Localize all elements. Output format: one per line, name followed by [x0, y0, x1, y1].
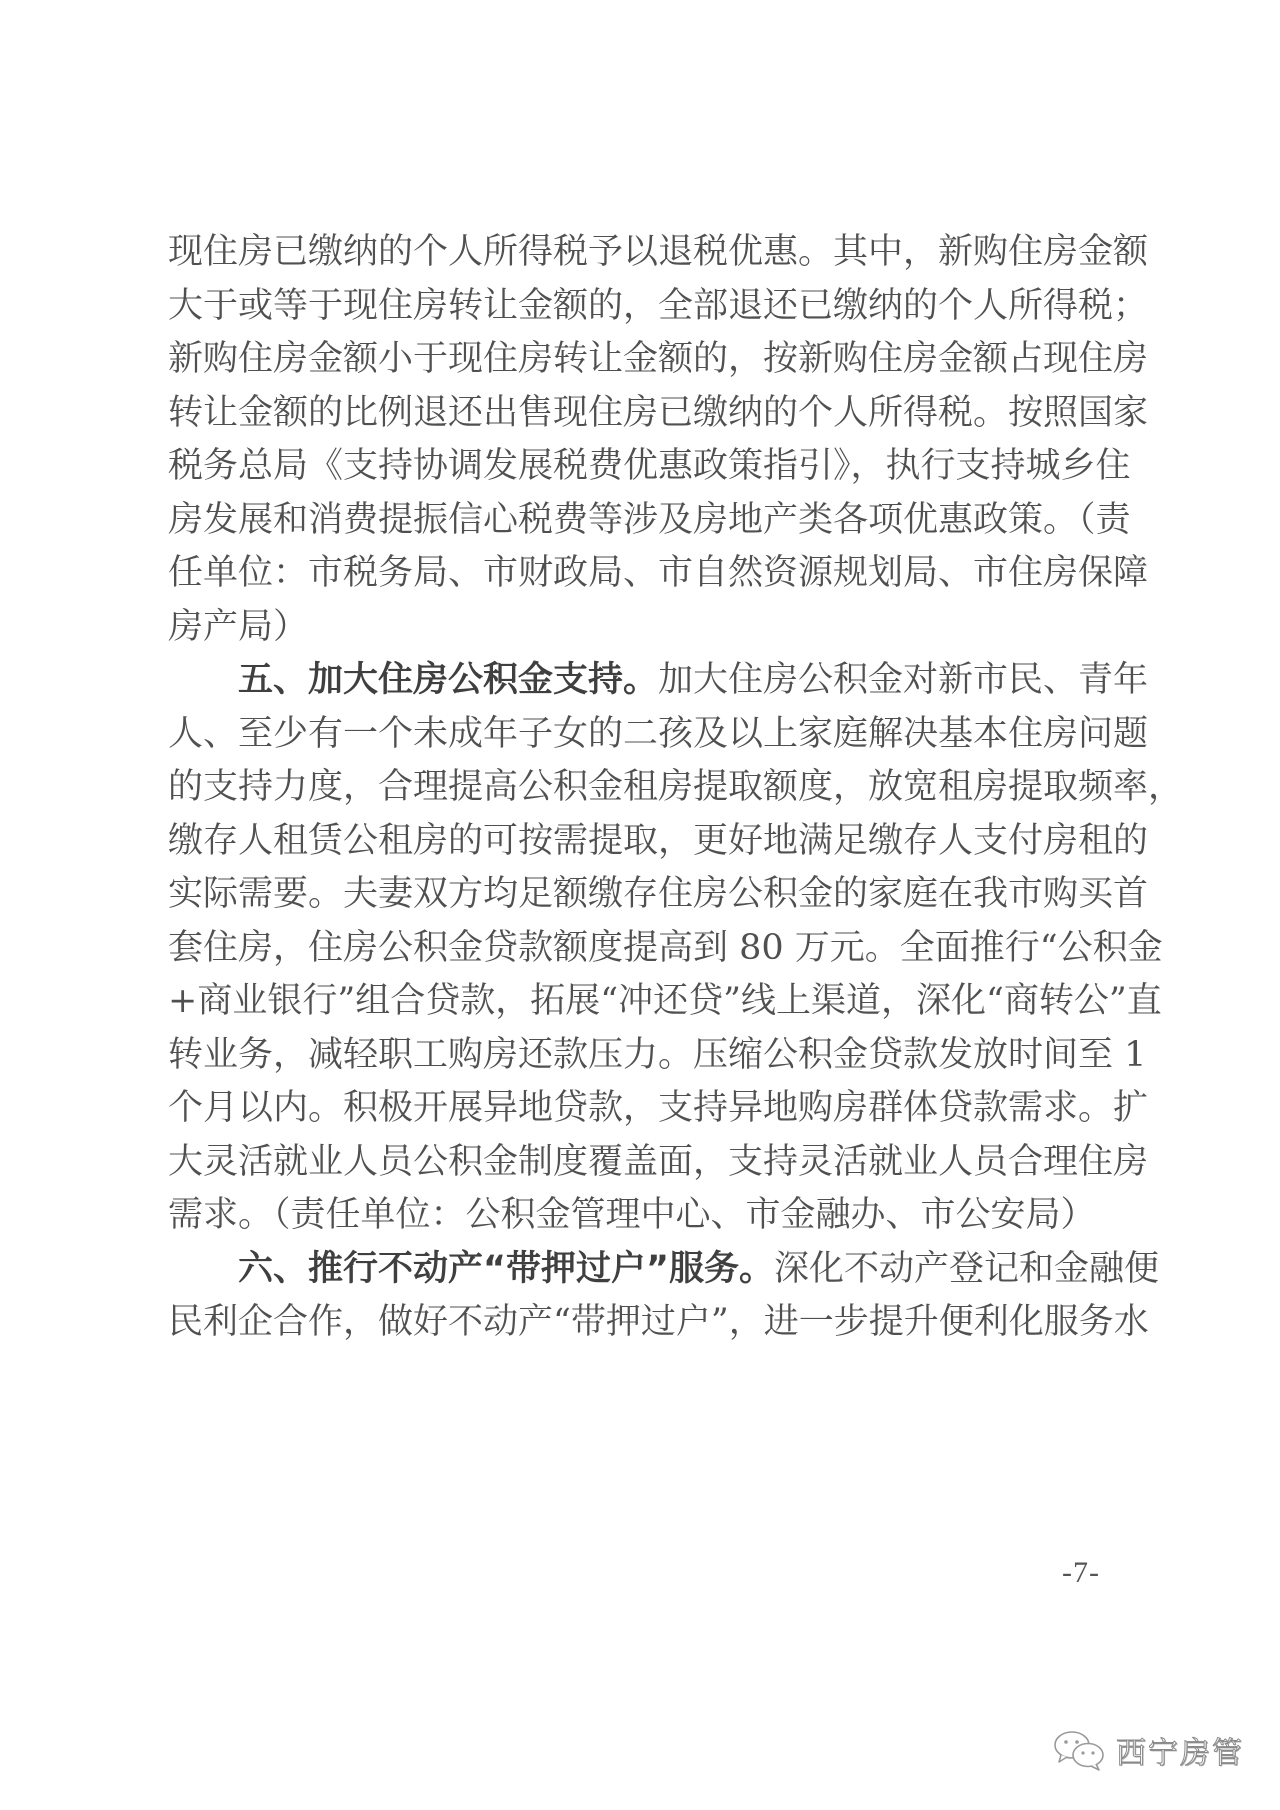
text-line: 转业务，减轻职工购房还款压力。压缩公积金贷款发放时间至 1: [168, 1029, 1118, 1083]
text-line: 税务总局《支持协调发展税费优惠政策指引》，执行支持城乡住: [168, 440, 1118, 494]
document-page: 现住房已缴纳的个人所得税予以退税优惠。其中，新购住房金额 大于或等于现住房转让金…: [0, 0, 1280, 1810]
text-line: 大灵活就业人员公积金制度覆盖面，支持灵活就业人员合理住房: [168, 1136, 1118, 1190]
section-5-first-line: 五、加大住房公积金支持。加大住房公积金对新市民、青年: [168, 654, 1118, 708]
watermark: 西宁房管: [1052, 1728, 1244, 1772]
text-line: 任单位：市税务局、市财政局、市自然资源规划局、市住房保障: [168, 547, 1118, 601]
section-5-heading: 五、加大住房公积金支持。: [238, 660, 658, 700]
text-line: 新购住房金额小于现住房转让金额的，按新购住房金额占现住房: [168, 333, 1118, 387]
section-6-first-line-text: 深化不动产登记和金融便: [774, 1249, 1159, 1289]
document-body: 现住房已缴纳的个人所得税予以退税优惠。其中，新购住房金额 大于或等于现住房转让金…: [168, 226, 1118, 1350]
wechat-icon: [1052, 1728, 1108, 1772]
text-line: 转让金额的比例退还出售现住房已缴纳的个人所得税。按照国家: [168, 387, 1118, 441]
text-line: 需求。（责任单位：公积金管理中心、市金融办、市公安局）: [168, 1189, 1118, 1243]
section-5-first-line-text: 加大住房公积金对新市民、青年: [658, 660, 1148, 700]
text-line: 房发展和消费提振信心税费等涉及房地产类各项优惠政策。（责: [168, 494, 1118, 548]
text-line: 套住房，住房公积金贷款额度提高到 80 万元。全面推行“公积金: [168, 922, 1118, 976]
page-number: -7-: [1062, 1556, 1100, 1590]
text-line: 民利企合作，做好不动产“带押过户”，进一步提升便利化服务水: [168, 1296, 1118, 1350]
section-6-heading: 六、推行不动产“带押过户”服务。: [238, 1249, 774, 1289]
text-line: 实际需要。夫妻双方均足额缴存住房公积金的家庭在我市购买首: [168, 868, 1118, 922]
section-6-first-line: 六、推行不动产“带押过户”服务。深化不动产登记和金融便: [168, 1243, 1118, 1297]
watermark-text: 西宁房管: [1116, 1728, 1244, 1772]
text-line: 房产局）: [168, 601, 1118, 655]
text-line: +商业银行”组合贷款，拓展“冲还贷”线上渠道，深化“商转公”直: [168, 975, 1118, 1029]
text-line: 现住房已缴纳的个人所得税予以退税优惠。其中，新购住房金额: [168, 226, 1118, 280]
text-line: 缴存人租赁公租房的可按需提取，更好地满足缴存人支付房租的: [168, 815, 1118, 869]
text-line: 人、至少有一个未成年子女的二孩及以上家庭解决基本住房问题: [168, 708, 1118, 762]
text-line: 的支持力度，合理提高公积金租房提取额度，放宽租房提取频率，: [168, 761, 1118, 815]
text-line: 大于或等于现住房转让金额的，全部退还已缴纳的个人所得税；: [168, 280, 1118, 334]
text-line: 个月以内。积极开展异地贷款，支持异地购房群体贷款需求。扩: [168, 1082, 1118, 1136]
